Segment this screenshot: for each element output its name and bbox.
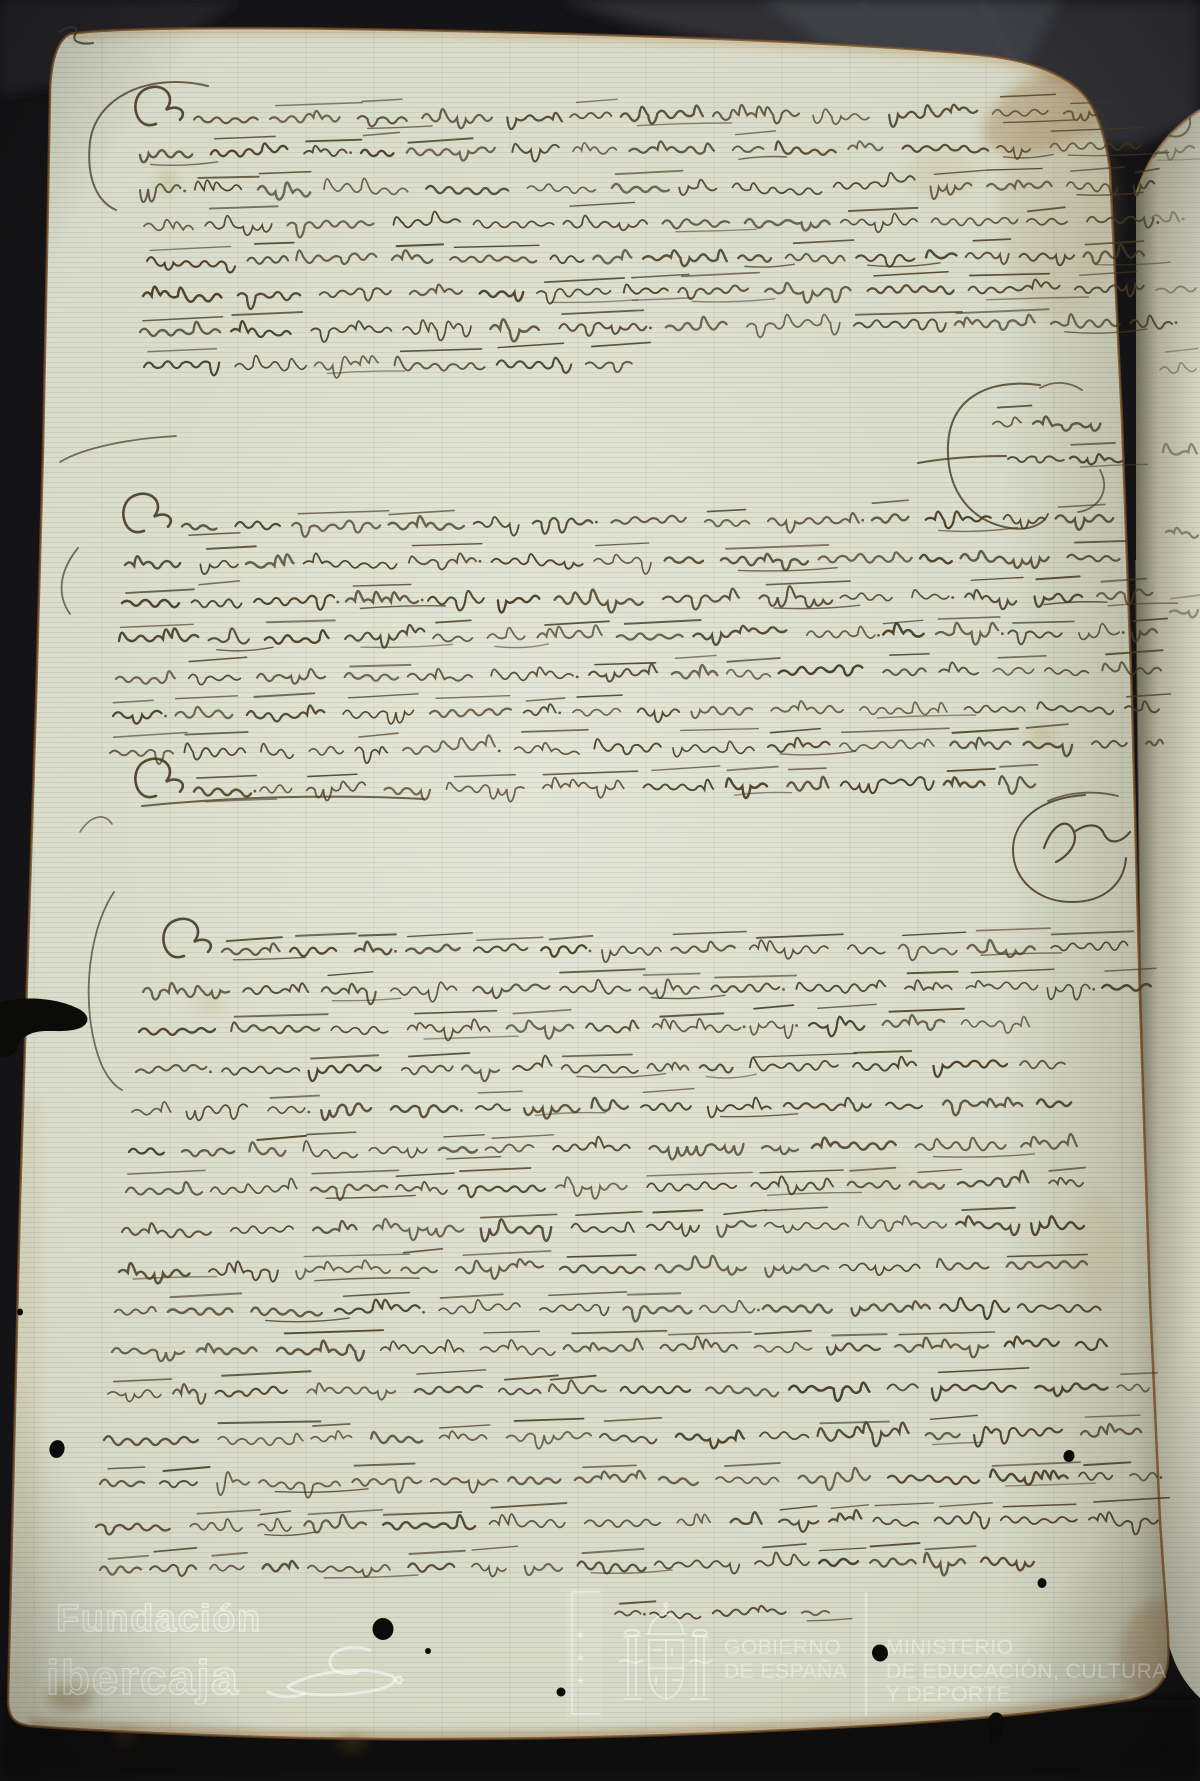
vignette [0,0,1200,1781]
photo-canvas: Fundación ibercaja ★ ★ ★ [0,0,1200,1781]
manuscript-photograph: Fundación ibercaja ★ ★ ★ [0,0,1200,1781]
